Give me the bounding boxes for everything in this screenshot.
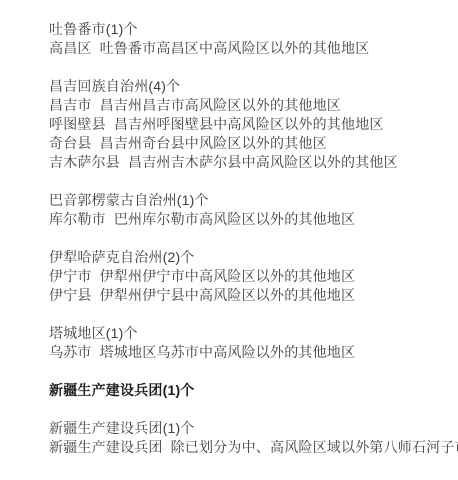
entry-row: 呼图壁县昌吉州呼图壁县中高风险区以外的其他地区 (49, 115, 446, 134)
risk-region-document: 吐鲁番市(1)个 高昌区吐鲁番市高昌区中高风险区以外的其他地区 昌吉回族自治州(… (0, 0, 458, 480)
entry-region-name: 乌苏市 (49, 344, 92, 360)
entry-region-name: 伊宁市 (49, 268, 92, 284)
entry-row: 库尔勒市巴州库尔勒市高风险区以外的其他地区 (49, 210, 446, 229)
section: 吐鲁番市(1)个 高昌区吐鲁番市高昌区中高风险区以外的其他地区 (49, 20, 446, 58)
entry-description: 昌吉州昌吉市高风险区以外的其他地区 (100, 97, 341, 113)
section-title: 新疆生产建设兵团(1)个 (49, 381, 446, 400)
entry-description: 昌吉州吉木萨尔县中高风险区以外的其他区 (128, 154, 398, 170)
section: 塔城地区(1)个 乌苏市塔城地区乌苏市中高风险以外的其他地区 (49, 324, 446, 362)
entry-row: 高昌区吐鲁番市高昌区中高风险区以外的其他地区 (49, 39, 446, 58)
entry-region-name: 伊宁县 (49, 287, 92, 303)
entry-row: 伊宁市伊犁州伊宁市中高风险区以外的其他地区 (49, 267, 446, 286)
entry-region-name: 奇台县 (49, 135, 92, 151)
entry-description: 伊犁州伊宁市中高风险区以外的其他地区 (100, 268, 356, 284)
entry-description: 塔城地区乌苏市中高风险以外的其他地区 (100, 344, 356, 360)
entry-row: 昌吉市昌吉州昌吉市高风险区以外的其他地区 (49, 96, 446, 115)
section: 新疆生产建设兵团(1)个 (49, 381, 446, 400)
section: 伊犁哈萨克自治州(2)个 伊宁市伊犁州伊宁市中高风险区以外的其他地区 伊宁县伊犁… (49, 248, 446, 305)
entry-region-name: 呼图壁县 (49, 116, 106, 132)
section-title: 伊犁哈萨克自治州(2)个 (49, 248, 446, 267)
entry-description: 伊犁州伊宁县中高风险区以外的其他地区 (100, 287, 356, 303)
section-title: 巴音郭楞蒙古自治州(1)个 (49, 191, 446, 210)
entry-row: 伊宁县伊犁州伊宁县中高风险区以外的其他地区 (49, 286, 446, 305)
section: 昌吉回族自治州(4)个 昌吉市昌吉州昌吉市高风险区以外的其他地区 呼图壁县昌吉州… (49, 77, 446, 172)
entry-row: 乌苏市塔城地区乌苏市中高风险以外的其他地区 (49, 343, 446, 362)
entry-description: 除已划分为中、高风险区域以外第八师石河子市其它区域 (171, 439, 458, 455)
section: 新疆生产建设兵团(1)个 新疆生产建设兵团除已划分为中、高风险区域以外第八师石河… (49, 419, 446, 457)
entry-row: 新疆生产建设兵团除已划分为中、高风险区域以外第八师石河子市其它区域 (49, 438, 446, 457)
section-list: 吐鲁番市(1)个 高昌区吐鲁番市高昌区中高风险区以外的其他地区 昌吉回族自治州(… (49, 20, 446, 457)
section-title: 昌吉回族自治州(4)个 (49, 77, 446, 96)
section-title: 塔城地区(1)个 (49, 324, 446, 343)
section-title: 吐鲁番市(1)个 (49, 20, 446, 39)
entry-description: 巴州库尔勒市高风险区以外的其他地区 (114, 211, 355, 227)
entry-row: 吉木萨尔县昌吉州吉木萨尔县中高风险区以外的其他区 (49, 153, 446, 172)
entry-region-name: 新疆生产建设兵团 (49, 439, 163, 455)
entry-region-name: 昌吉市 (49, 97, 92, 113)
entry-description: 昌吉州奇台县中风险区以外的其他区 (100, 135, 327, 151)
section-title: 新疆生产建设兵团(1)个 (49, 419, 446, 438)
entry-region-name: 库尔勒市 (49, 211, 106, 227)
entry-region-name: 吉木萨尔县 (49, 154, 120, 170)
entry-description: 昌吉州呼图壁县中高风险区以外的其他地区 (114, 116, 384, 132)
entry-region-name: 高昌区 (49, 40, 92, 56)
entry-description: 吐鲁番市高昌区中高风险区以外的其他地区 (100, 40, 370, 56)
entry-row: 奇台县昌吉州奇台县中风险区以外的其他区 (49, 134, 446, 153)
section: 巴音郭楞蒙古自治州(1)个 库尔勒市巴州库尔勒市高风险区以外的其他地区 (49, 191, 446, 229)
